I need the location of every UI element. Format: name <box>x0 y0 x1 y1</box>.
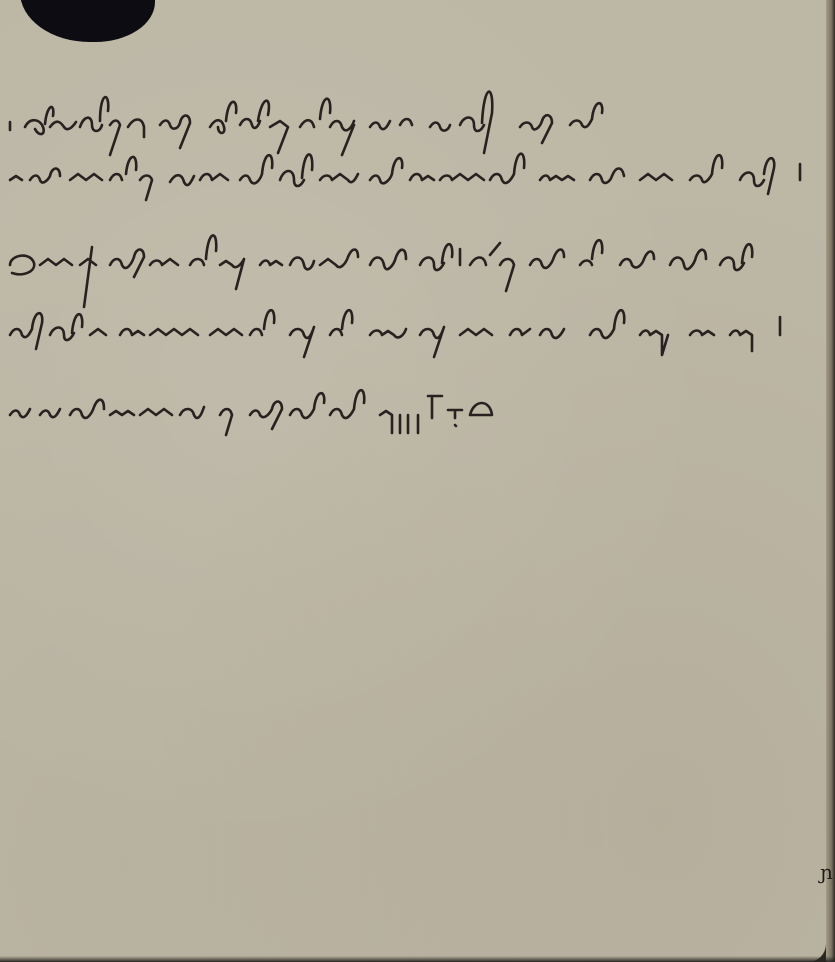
manuscript-line-1 <box>0 45 820 135</box>
page-shadow <box>0 956 835 962</box>
margin-mark: ɲ <box>820 860 833 884</box>
manuscript-line-4 <box>0 290 820 380</box>
page-edge <box>826 0 835 962</box>
manuscript-line-5 <box>0 370 820 460</box>
ink-blot <box>20 0 155 42</box>
manuscript-page: [handwritten line 1 — Lontara script, ~2… <box>0 0 826 962</box>
